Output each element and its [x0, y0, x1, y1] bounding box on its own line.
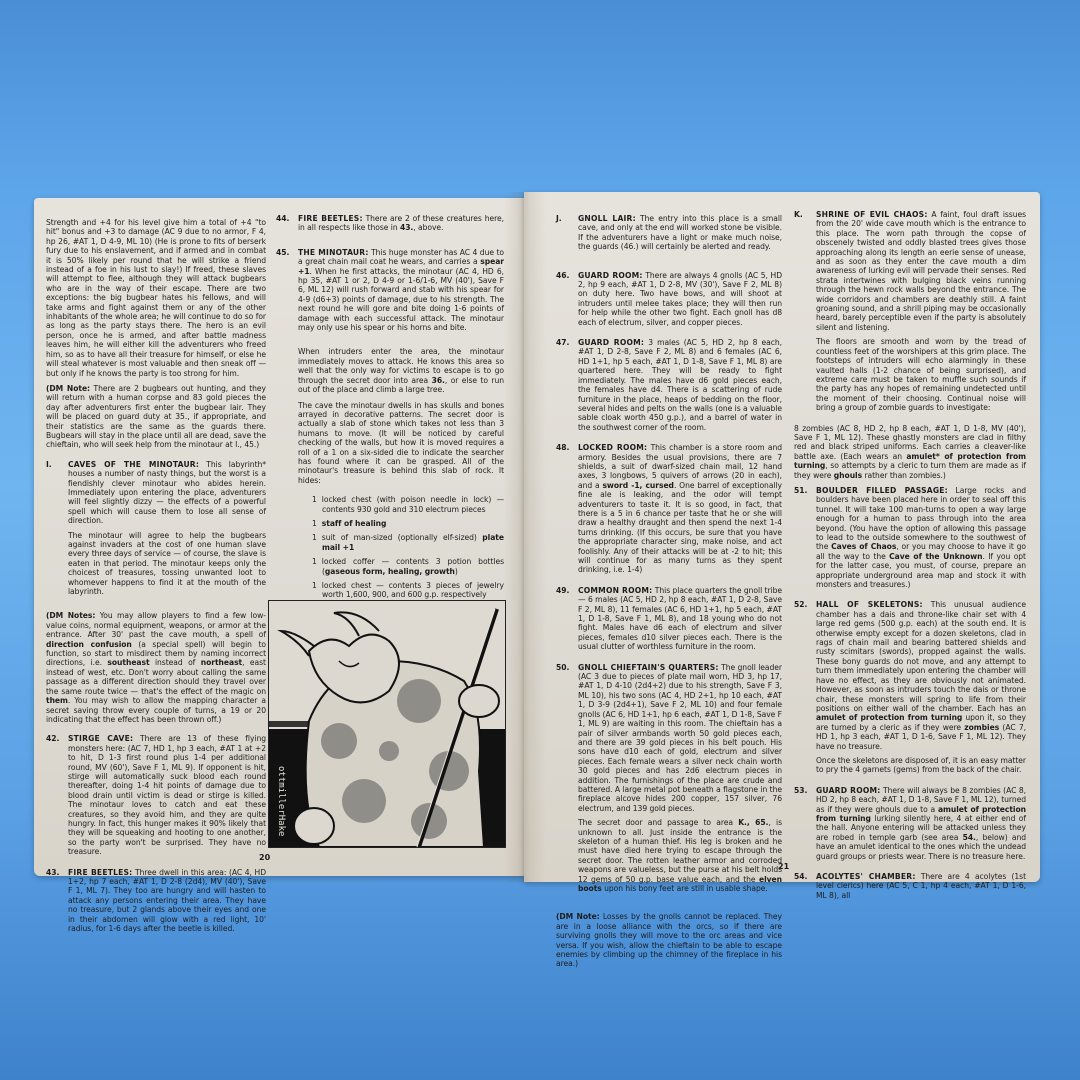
dm-note-gnolls: (DM Note: Losses by the gnolls cannot be…	[556, 912, 782, 968]
entry-48-locked-room: 48. LOCKED ROOM: This chamber is a store…	[556, 443, 782, 580]
entry-j-gnoll-lair: J. GNOLL LAIR: The entry into this place…	[556, 214, 782, 257]
entry-43-fire-beetles: 43. FIRE BEETLES: Three dwell in this ar…	[46, 868, 266, 939]
entry-45-the-minotaur: 45. THE MINOTAUR: This huge monster has …	[276, 248, 504, 338]
entry-44-fire-beetles: 44. FIRE BEETLES: There are 2 of these c…	[276, 214, 504, 238]
entry-50-gnoll-chieftains-quarters: 50. GNOLL CHIEFTAIN'S QUARTERS: The gnol…	[556, 663, 782, 899]
entry-53-guard-room: 53. GUARD ROOM: There will always be 8 z…	[794, 786, 1026, 866]
entry-k-shrine-of-evil-chaos: K. SHRINE OF EVIL CHAOS: A faint, foul d…	[794, 210, 1026, 418]
right-page-column-2: K. SHRINE OF EVIL CHAOS: A faint, foul d…	[794, 210, 1026, 911]
zombie-guards-stat-block: 8 zombies (AC 8, HD 2, hp 8 each, #AT 1,…	[794, 424, 1026, 480]
continuation-text: Strength and +4 for his level give him a…	[46, 218, 266, 378]
page-right: J. GNOLL LAIR: The entry into this place…	[524, 192, 1040, 882]
treasure-item: 1locked chest (with poison needle in loc…	[312, 495, 504, 514]
treasure-item: 1locked coffer — contents 3 potion bottl…	[312, 557, 504, 576]
dm-note-direction-confusion: (DM Notes: You may allow players to find…	[46, 611, 266, 724]
page-left: Strength and +4 for his level give him a…	[34, 198, 526, 876]
dm-note-bugbears: (DM Note: There are 2 bugbears out hunti…	[46, 384, 266, 450]
treasure-item: 1suit of man-sized (optionally elf-sized…	[312, 533, 504, 552]
entry-52-hall-of-skeletons: 52. HALL OF SKELETONS: This unusual audi…	[794, 600, 1026, 779]
entry-54-acolytes-chamber: 54. ACOLYTES' CHAMBER: There are 4 acoly…	[794, 872, 1026, 905]
svg-text:ottmillerHake: ottmillerHake	[276, 766, 286, 836]
left-page-column-2: 44. FIRE BEETLES: There are 2 of these c…	[276, 214, 504, 605]
left-page-column-1: Strength and +4 for his level give him a…	[46, 218, 266, 944]
minotaur-treasure-list: 1locked chest (with poison needle in loc…	[312, 495, 504, 600]
entry-47-guard-room: 47. GUARD ROOM: 3 males (AC 5, HD 2, hp …	[556, 338, 782, 437]
open-booklet: Strength and +4 for his level give him a…	[34, 192, 1042, 878]
page-number-right: 21	[778, 862, 789, 871]
entry-42-stirge-cave: 42. STIRGE CAVE: There are 13 of these f…	[46, 734, 266, 861]
right-page-column-1: J. GNOLL LAIR: The entry into this place…	[556, 214, 782, 975]
entry-title: CAVES OF THE MINOTAUR:	[68, 460, 199, 469]
entry-51-boulder-filled-passage: 51. BOULDER FILLED PASSAGE: Large rocks …	[794, 486, 1026, 594]
treasure-item: 1staff of healing	[312, 519, 504, 528]
entry-46-guard-room: 46. GUARD ROOM: There are always 4 gnoll…	[556, 271, 782, 332]
entry-49-common-room: 49. COMMON ROOM: This place quarters the…	[556, 586, 782, 657]
entry-i-caves-of-the-minotaur: I. CAVES OF THE MINOTAUR: This labyrinth…	[46, 460, 266, 602]
page-number-left: 20	[259, 853, 270, 862]
minotaur-illustration: ottmillerHake	[268, 600, 506, 848]
treasure-item: 1locked chest — contents 3 pieces of jew…	[312, 581, 504, 600]
minotaur-drawing-icon: ottmillerHake	[269, 601, 505, 847]
